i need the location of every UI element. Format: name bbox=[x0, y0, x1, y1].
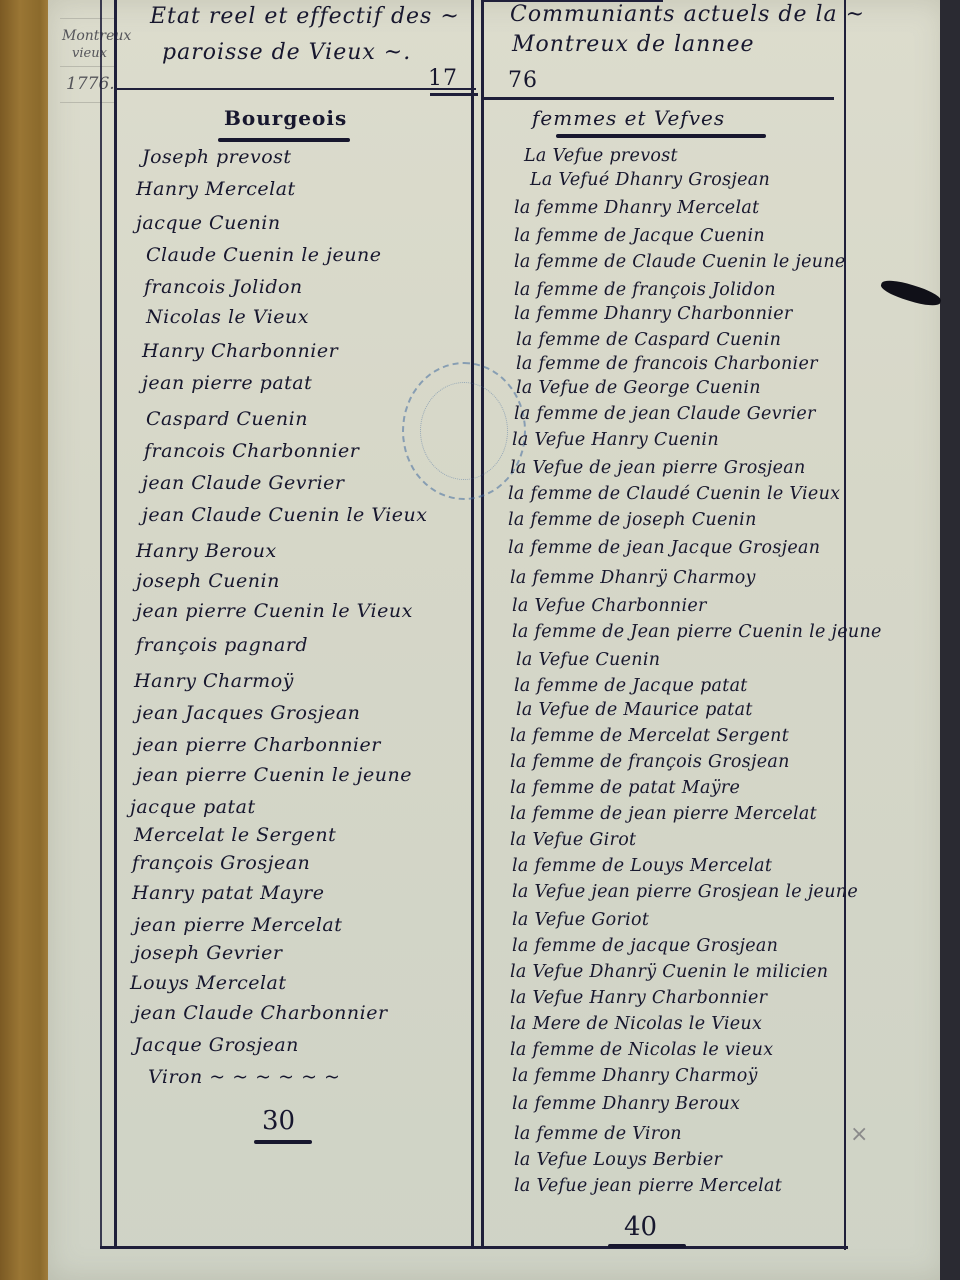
list-item: la femme de Viron bbox=[514, 1124, 682, 1144]
list-item: La Vefue prevost bbox=[524, 146, 678, 166]
list-item: Nicolas le Vieux bbox=[146, 306, 309, 328]
list-item: la Vefue Cuenin bbox=[516, 650, 660, 670]
list-item: la femme de Nicolas le vieux bbox=[510, 1040, 773, 1060]
left-frame-line bbox=[114, 0, 117, 1248]
list-item: jean pierre Cuenin le Vieux bbox=[136, 600, 413, 622]
list-item: la femme de Claude Cuenin le jeune bbox=[514, 252, 846, 272]
library-stamp-inner-ring bbox=[420, 382, 508, 480]
list-item: la Vefue Charbonnier bbox=[512, 596, 707, 616]
list-item: la Vefue Louys Berbier bbox=[514, 1150, 722, 1170]
list-item: joseph Gevrier bbox=[134, 942, 282, 964]
margin-rule bbox=[60, 18, 116, 19]
list-item: Jacque Grosjean bbox=[134, 1034, 299, 1056]
list-item: françois Grosjean bbox=[132, 852, 310, 874]
margin-rule bbox=[60, 102, 116, 103]
list-item: la Vefue jean pierre Mercelat bbox=[514, 1176, 782, 1196]
list-item: jean pierre Charbonnier bbox=[136, 734, 381, 756]
list-item: La Vefué Dhanry Grosjean bbox=[530, 170, 770, 190]
left-heading-underline bbox=[218, 138, 350, 142]
list-item: la femme de jean pierre Mercelat bbox=[510, 804, 817, 824]
list-item: la femme de francois Charbonier bbox=[516, 354, 818, 374]
list-item: la Vefue de Maurice patat bbox=[516, 700, 753, 720]
list-item: Joseph prevost bbox=[142, 146, 292, 168]
list-item: jacque Cuenin bbox=[136, 212, 281, 234]
list-item: Hanry Beroux bbox=[136, 540, 277, 562]
list-item: la Vefue Girot bbox=[510, 830, 636, 850]
list-item: jean Claude Gevrier bbox=[142, 472, 345, 494]
pencil-x-mark: × bbox=[850, 1122, 868, 1147]
header-rule-left bbox=[116, 88, 476, 90]
center-line-2 bbox=[481, 0, 484, 1248]
list-item: la Vefue Goriot bbox=[512, 910, 649, 930]
list-item: joseph Cuenin bbox=[136, 570, 280, 592]
list-item: la Vefue Hanry Cuenin bbox=[512, 430, 719, 450]
header-right-line1: Communiants actuels de la ~ bbox=[510, 2, 865, 27]
list-item: la Vefue de jean pierre Grosjean bbox=[510, 458, 806, 478]
list-item: la femme de jacque Grosjean bbox=[512, 936, 778, 956]
list-item: la femme de Louys Mercelat bbox=[512, 856, 772, 876]
list-item: jean pierre Mercelat bbox=[134, 914, 342, 936]
list-item: la femme de françois Jolidon bbox=[514, 280, 776, 300]
list-item: jean Claude Cuenin le Vieux bbox=[142, 504, 428, 526]
list-item: la femme de Jacque Cuenin bbox=[514, 226, 765, 246]
list-item: francois Charbonnier bbox=[144, 440, 359, 462]
list-item: la Mere de Nicolas le Vieux bbox=[510, 1014, 762, 1034]
list-item: la femme de Jacque patat bbox=[514, 676, 748, 696]
list-item: la femme de jean Jacque Grosjean bbox=[508, 538, 820, 558]
right-heading-underline bbox=[556, 134, 766, 138]
list-item: Viron ~ ~ ~ ~ ~ ~ bbox=[148, 1066, 340, 1088]
header-year-part-1: 17 bbox=[428, 66, 458, 91]
list-item: jean Jacques Grosjean bbox=[136, 702, 360, 724]
list-item: jean Claude Charbonnier bbox=[134, 1002, 388, 1024]
list-item: Claude Cuenin le jeune bbox=[146, 244, 381, 266]
list-item: la Vefue Dhanrÿ Cuenin le milicien bbox=[510, 962, 828, 982]
left-total-underline bbox=[254, 1140, 312, 1144]
header-year-part-2: 76 bbox=[508, 68, 538, 93]
header-left-line2: paroisse de Vieux ~. bbox=[162, 40, 411, 65]
margin-rule bbox=[60, 66, 116, 67]
list-item: françois pagnard bbox=[136, 634, 308, 656]
header-left-line1: Etat reel et effectif des ~ bbox=[150, 4, 460, 29]
list-item: la femme de Claudé Cuenin le Vieux bbox=[508, 484, 840, 504]
header-rule-right bbox=[484, 97, 834, 100]
list-item: Louys Mercelat bbox=[130, 972, 287, 994]
list-item: Hanry Charmoÿ bbox=[134, 670, 294, 692]
outer-left-frame-line bbox=[100, 0, 102, 1248]
dark-right-edge bbox=[940, 0, 960, 1280]
right-column-total: 40 bbox=[624, 1212, 657, 1242]
list-item: la femme de Mercelat Sergent bbox=[510, 726, 789, 746]
list-item: jean pierre Cuenin le jeune bbox=[136, 764, 412, 786]
bottom-frame-line bbox=[100, 1246, 848, 1249]
list-item: la femme Dhanry Charmoÿ bbox=[512, 1066, 758, 1086]
list-item: la Vefue de George Cuenin bbox=[516, 378, 761, 398]
list-item: Mercelat le Sergent bbox=[134, 824, 336, 846]
list-item: la femme de jean Claude Gevrier bbox=[514, 404, 816, 424]
list-item: Hanry patat Mayre bbox=[132, 882, 324, 904]
list-item: francois Jolidon bbox=[144, 276, 303, 298]
left-column-total: 30 bbox=[262, 1106, 295, 1136]
list-item: la femme de joseph Cuenin bbox=[508, 510, 757, 530]
margin-note-year: 1776. bbox=[66, 74, 115, 94]
list-item: la femme Dhanry Mercelat bbox=[514, 198, 759, 218]
list-item: la femme de françois Grosjean bbox=[510, 752, 790, 772]
header-right-line2: Montreux de lannee bbox=[512, 32, 755, 57]
list-item: la femme de patat Maÿre bbox=[510, 778, 740, 798]
list-item: Caspard Cuenin bbox=[146, 408, 308, 430]
list-item: Hanry Mercelat bbox=[136, 178, 296, 200]
left-column-heading: Bourgeois bbox=[224, 106, 347, 130]
list-item: la femme Dhanry Charbonnier bbox=[514, 304, 793, 324]
margin-note-place-line1: Montreux bbox=[62, 28, 131, 44]
center-line-1 bbox=[471, 0, 474, 1248]
list-item: la femme de Caspard Cuenin bbox=[516, 330, 781, 350]
list-item: la Vefue Hanry Charbonnier bbox=[510, 988, 767, 1008]
list-item: la femme Dhanrÿ Charmoy bbox=[510, 568, 756, 588]
list-item: la femme de Jean pierre Cuenin le jeune bbox=[512, 622, 882, 642]
list-item: jacque patat bbox=[130, 796, 256, 818]
list-item: la femme Dhanry Beroux bbox=[512, 1094, 740, 1114]
list-item: Hanry Charbonnier bbox=[142, 340, 338, 362]
right-column-heading: femmes et Vefves bbox=[532, 106, 725, 130]
list-item: jean pierre patat bbox=[142, 372, 312, 394]
right-total-underline bbox=[608, 1244, 686, 1248]
list-item: la Vefue jean pierre Grosjean le jeune bbox=[512, 882, 858, 902]
